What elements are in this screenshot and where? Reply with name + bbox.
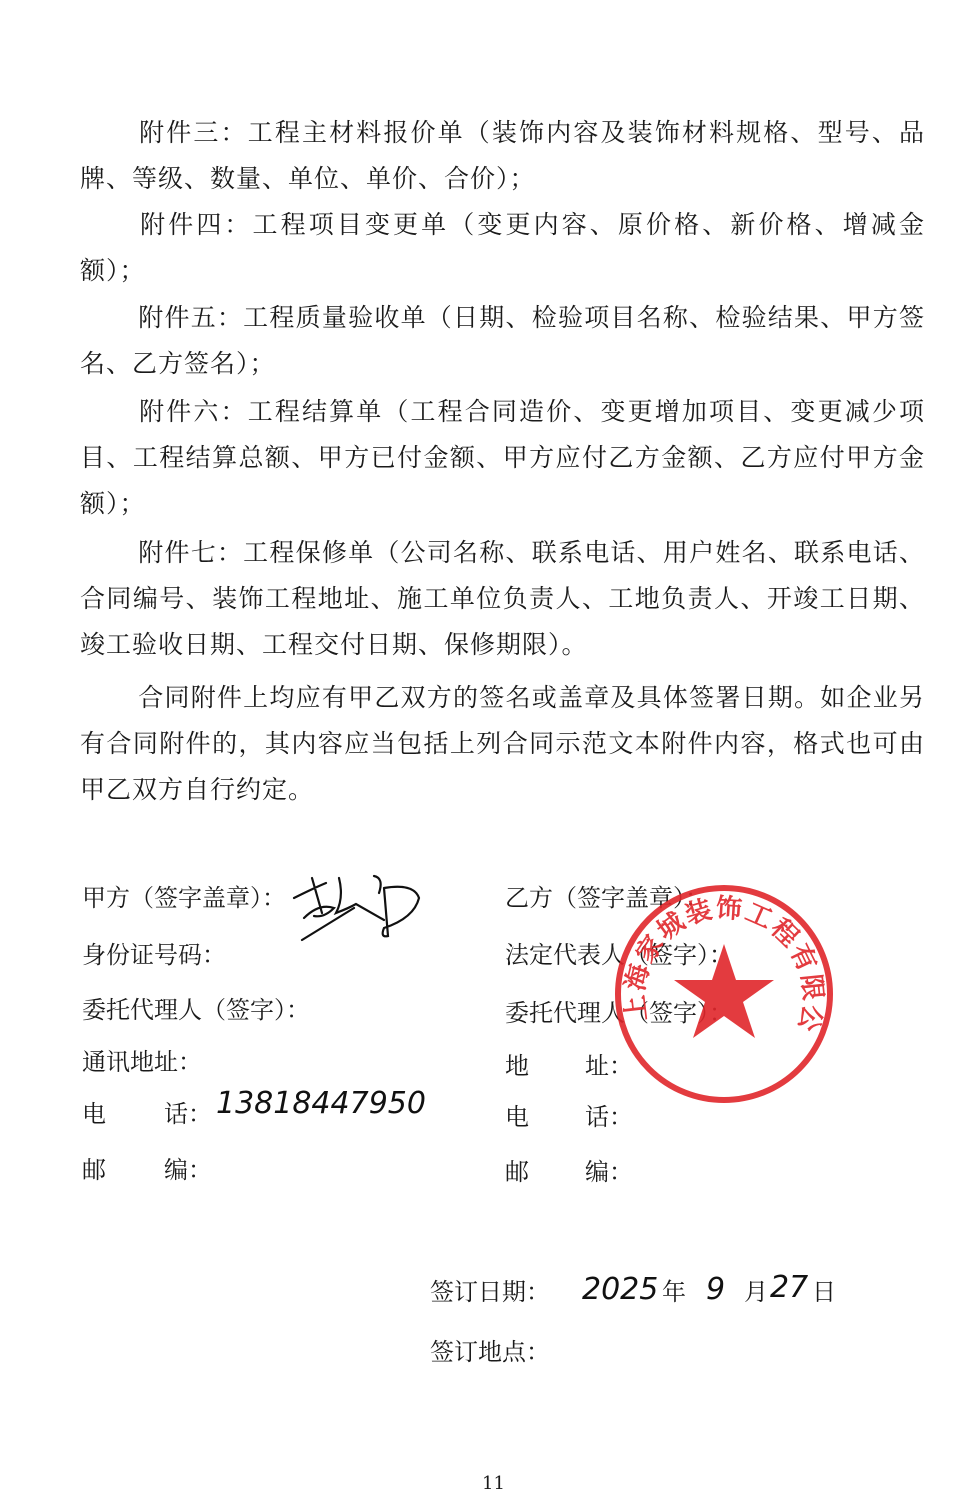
party-b-phone-label-1: 电 [505,1097,529,1132]
party-a-phone-label-1: 电 [82,1094,106,1129]
signing-month-unit: 月 [744,1272,768,1307]
attachment-label: 附件四： [138,210,253,239]
attachment-note: 合同附件上均应有甲乙双方的签名或盖章及具体签署日期。如企业另有合同附件的，其内容… [80,675,925,813]
signing-place-label: 签订地点： [430,1332,550,1367]
party-b-zip-label-2: 编： [585,1152,633,1187]
party-a-signature-icon [284,858,434,948]
attachment-label: 附件六： [138,397,248,426]
party-a-address-label: 通讯地址： [82,1042,202,1077]
signing-date-label: 签订日期： [430,1272,550,1307]
attachment-6: 附件六：工程结算单（工程合同造价、变更增加项目、变更减少项目、工程结算总额、甲方… [80,389,925,527]
party-b-address-label-1: 地 [505,1046,529,1081]
party-a-zip-label-2: 编： [164,1150,212,1185]
signing-year-unit: 年 [662,1272,686,1307]
attachment-4: 附件四：工程项目变更单（变更内容、原价格、新价格、增减金额）； [80,202,925,294]
company-seal-icon: 上海家城装饰工程有限公司 [612,882,836,1106]
signing-month: 9 [706,1272,725,1307]
party-b-zip-label-1: 邮 [505,1152,529,1187]
page-number: 11 [482,1473,505,1494]
contract-page: 附件三：工程主材料报价单（装饰内容及装饰材料规格、型号、品牌、等级、数量、单位、… [0,0,954,1509]
attachment-label: 附件七： [138,538,243,567]
attachment-3: 附件三：工程主材料报价单（装饰内容及装饰材料规格、型号、品牌、等级、数量、单位、… [80,110,925,202]
signing-day-unit: 日 [812,1272,836,1307]
attachment-7: 附件七：工程保修单（公司名称、联系电话、用户姓名、联系电话、合同编号、装饰工程地… [80,530,925,668]
party-a-phone-value: 13818447950 [216,1086,426,1121]
party-a-zip-label-1: 邮 [82,1150,106,1185]
attachment-5: 附件五：工程质量验收单（日期、检验项目名称、检验结果、甲方签名、乙方签名）； [80,295,925,387]
party-a-sign-label: 甲方（签字盖章）： [82,878,286,913]
party-a-agent-label: 委托代理人（签字）： [82,990,310,1025]
party-a-id-label: 身份证号码： [82,935,226,970]
signing-year: 2025 [582,1272,658,1307]
attachment-label: 附件五： [138,303,243,332]
signing-day: 27 [770,1270,808,1305]
note-text: 合同附件上均应有甲乙双方的签名或盖章及具体签署日期。如企业另有合同附件的，其内容… [80,683,925,804]
party-a-phone-label-2: 话： [164,1094,212,1129]
attachment-label: 附件三： [138,118,248,147]
